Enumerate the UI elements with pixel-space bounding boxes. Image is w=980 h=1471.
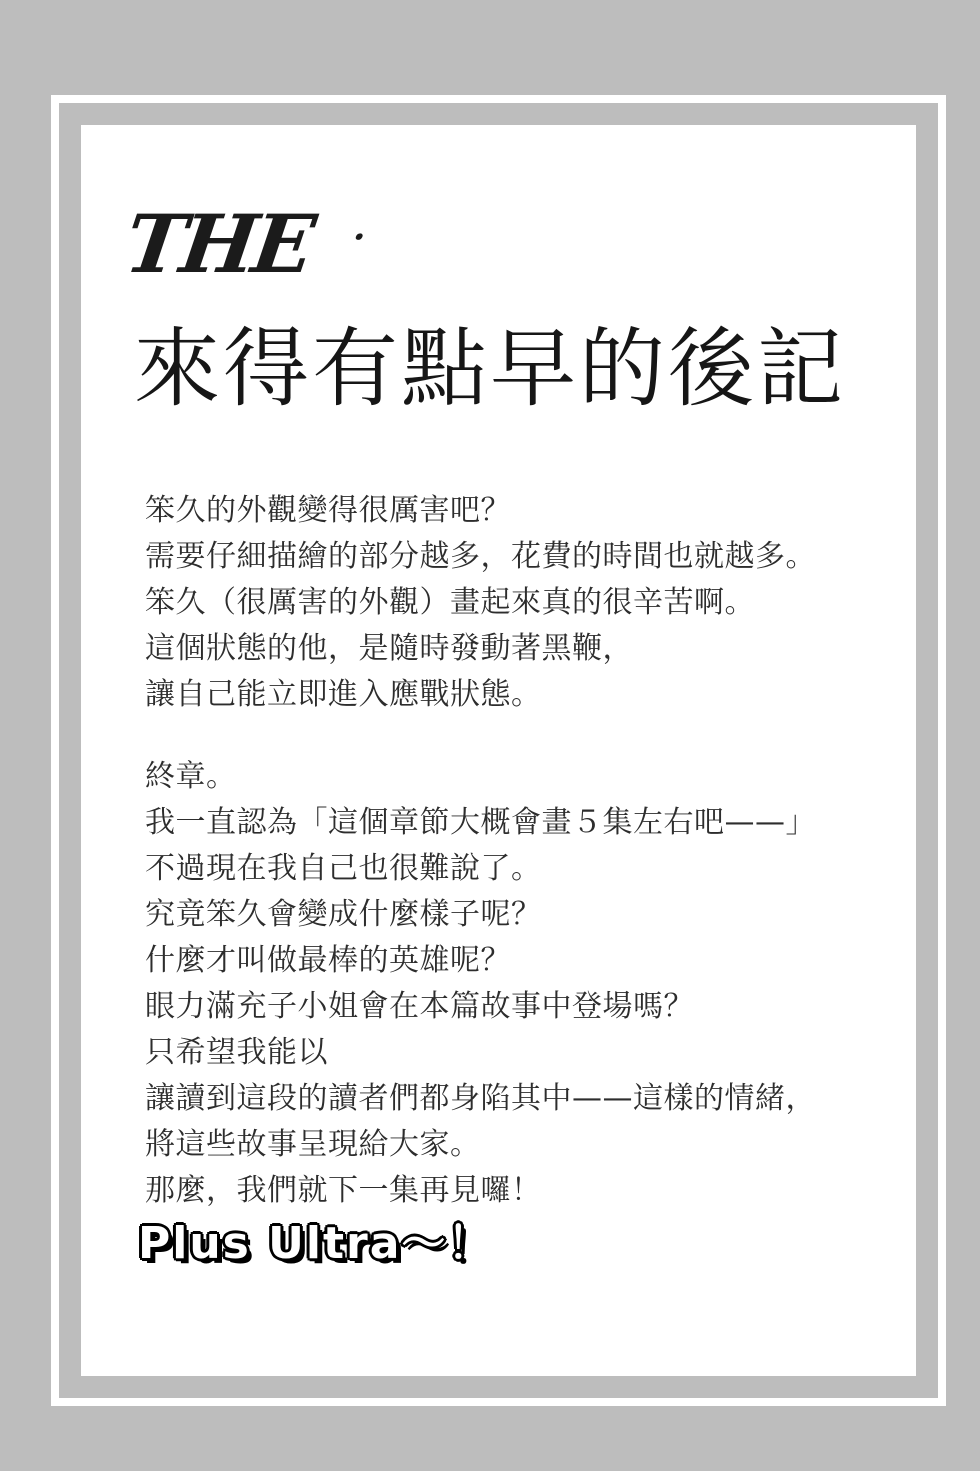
afterword-line: 笨久的外觀變得很厲害吧？ <box>145 488 816 534</box>
plus-ultra-slogan: Plus Ultra～！ <box>138 1218 493 1271</box>
title-latin-text: THE <box>120 197 317 291</box>
afterword-line: 究竟笨久會變成什麼樣子呢？ <box>145 892 816 938</box>
afterword-line: 眼力滿充子小姐會在本篇故事中登場嗎？ <box>145 984 816 1030</box>
screenshot-root: { "frame": { "outer_background": "#bdbdb… <box>0 0 980 1471</box>
afterword-line: 終章。 <box>145 754 816 800</box>
afterword-line: 笨久（很厲害的外觀）畫起來真的很辛苦啊。 <box>145 580 816 626</box>
afterword-line: 那麼，我們就下一集再見囉！ <box>145 1168 816 1214</box>
afterword-line: 什麼才叫做最棒的英雄呢？ <box>145 938 816 984</box>
title-latin: THE・ <box>120 200 376 288</box>
afterword-line: 這個狀態的他，是隨時發動著黑鞭， <box>145 626 816 672</box>
afterword-line: 需要仔細描繪的部分越多，花費的時間也就越多。 <box>145 534 816 580</box>
page-title: THE・ 來得有點早的後記 <box>120 200 364 288</box>
afterword-line: 將這些故事呈現給大家。 <box>145 1122 816 1168</box>
afterword-line: 不過現在我自己也很難說了。 <box>145 846 816 892</box>
afterword-paragraph-2: 終章。 我一直認為「這個章節大概會畫５集左右吧——」 不過現在我自己也很難說了。… <box>145 754 816 1214</box>
afterword-text: 笨久的外觀變得很厲害吧？ 需要仔細描繪的部分越多，花費的時間也就越多。 笨久（很… <box>145 488 816 1214</box>
afterword-line: 我一直認為「這個章節大概會畫５集左右吧——」 <box>145 800 816 846</box>
title-chinese: 來得有點早的後記 <box>134 322 846 417</box>
afterword-line: 只希望我能以 <box>145 1030 816 1076</box>
afterword-line: 讓讀到這段的讀者們都身陷其中——這樣的情緒， <box>145 1076 816 1122</box>
afterword-paragraph-1: 笨久的外觀變得很厲害吧？ 需要仔細描繪的部分越多，花費的時間也就越多。 笨久（很… <box>145 488 816 718</box>
title-middle-dot: ・ <box>339 222 374 255</box>
afterword-line: 讓自己能立即進入應戰狀態。 <box>145 672 816 718</box>
